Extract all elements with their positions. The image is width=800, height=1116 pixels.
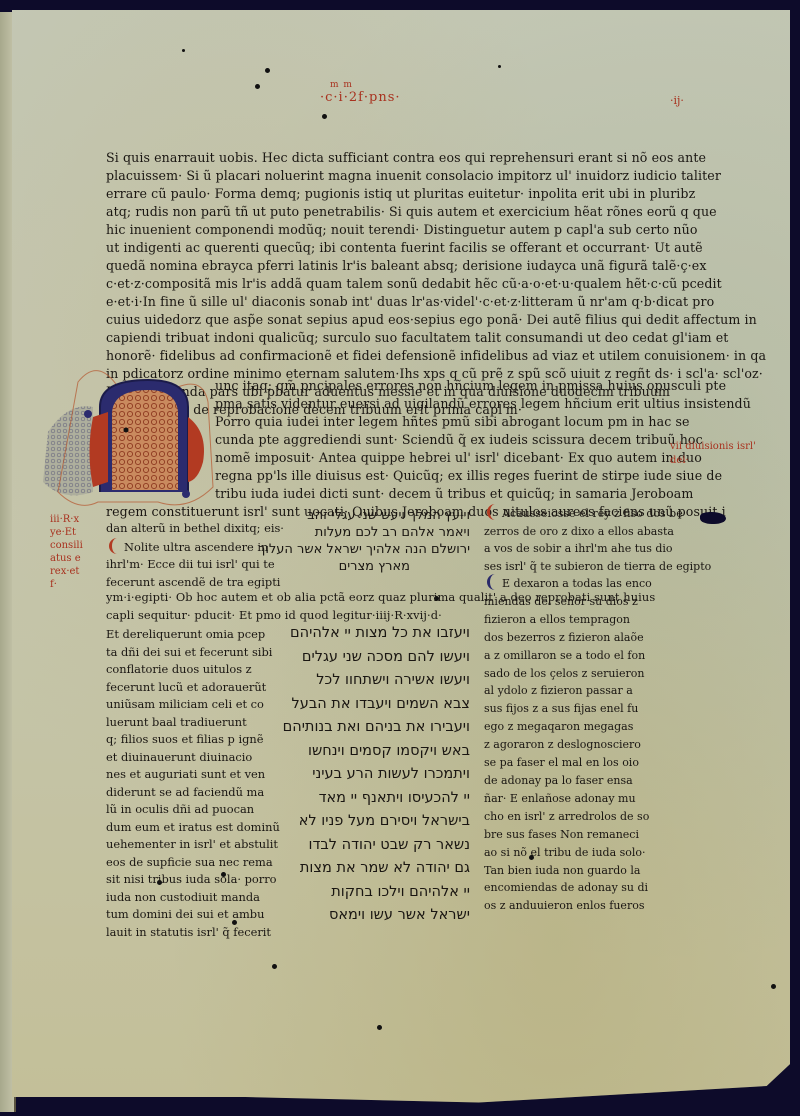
- text-line-spanning: capli sequitur· pducit· Et pmo id quod l…: [106, 608, 442, 622]
- text-line: placuissem· Si ũ placari noluerint magna…: [106, 168, 721, 183]
- text-line: conflatorie duos uitulos z: [106, 661, 280, 679]
- folio-number: ·ij·: [670, 94, 684, 107]
- text-line: sado de los çelos z seruieron: [484, 665, 652, 683]
- text-line: lũ in oculis dñi ad puocan: [106, 801, 280, 819]
- text-line: eos de supficie sua nec rema: [106, 854, 280, 872]
- left-marginal-note: iii·R·x ye·Et consili atus e rex·et f·: [50, 513, 83, 591]
- prick-mark: [377, 1025, 382, 1030]
- text-line: ego z megaqaron megagas: [484, 718, 652, 736]
- text-line: dan alterũ in bethel dixitq; eis·: [106, 520, 284, 538]
- text-line: lauit in statutis isrl' q̃ fecerit: [106, 924, 280, 942]
- latin-column-lower: Et dereliquerunt omia pcep ta dñi dei su…: [106, 626, 280, 941]
- text-line: Acausseiosse el rey z fiso dos be: [484, 504, 711, 523]
- text-line: Tan bien iuda non guardo la: [484, 862, 652, 880]
- text-line: hic inuenient componendi modũq; nouit te…: [106, 222, 698, 237]
- hebrew-line: ויאמר אלהם רב לכם מעלות: [258, 524, 470, 541]
- hebrew-line: יי להכעיסו ויתאנף יי מאד: [283, 787, 470, 811]
- prick-mark: [498, 65, 501, 68]
- text-line: encomiendas de adonay su di: [484, 879, 652, 897]
- text-line: unc itaq; qm̃ pncipales errores non hñci…: [215, 378, 726, 393]
- text-line: zerros de oro z dixo a ellos abasta: [484, 523, 711, 541]
- prick-mark: [272, 964, 277, 969]
- text-line: ta dñi dei sui et fecerunt sibi: [106, 644, 280, 662]
- latin-column: dan alterũ in bethel dixitq; eis· Nolite…: [106, 520, 284, 591]
- castilian-column-top: Acausseiosse el rey z fiso dos be zerros…: [484, 504, 711, 575]
- text-line: Si quis enarrauit uobis. Hec dicta suffi…: [106, 150, 706, 165]
- text-line: quedã nomina ebrayca pferri latinis lr'i…: [106, 258, 707, 273]
- text-line: q; filios suos et filias p ignẽ: [106, 731, 280, 749]
- text-line: regna pp'ls ille diuisus est· Quicũq; ex…: [215, 468, 722, 483]
- text-line: cuius uidedorz que asp̃e sonat sepius ap…: [106, 312, 757, 327]
- text-line: ñar· E enlañose adonay mu: [484, 790, 652, 808]
- text-line: luerunt baal tradiuerunt: [106, 714, 280, 732]
- text-line: ut indigenti ac querenti quecũq; ibi con…: [106, 240, 703, 255]
- text-line: de adonay pa lo faser ensa: [484, 772, 652, 790]
- hebrew-line: צבא השמים ויעבדו את הבעל: [283, 693, 470, 717]
- text-line: ses isrl' q̃ te subieron de tierra de eg…: [484, 558, 711, 576]
- marginal-line: ye·Et: [50, 526, 83, 539]
- marginal-line: consili: [50, 539, 83, 552]
- text-line: miendas del señor su dios z: [484, 593, 652, 611]
- text-line: se pa faser el mal en los oio: [484, 754, 652, 772]
- text-line: tribu iuda iudei dicti sunt· decem ũ tri…: [215, 486, 693, 501]
- running-title: ·c·i·2f·pns·: [320, 90, 401, 105]
- hebrew-line: בישראל ויסירם מעל פניו לא: [283, 810, 470, 834]
- text-line: cho en isrl' z arredrolos de so: [484, 808, 652, 826]
- text-line: dum eum et iratus est dominũ: [106, 819, 280, 837]
- text-line: Et dereliquerunt omia pcep: [106, 626, 280, 644]
- hebrew-line: ישראל אשר עשו וימאס: [283, 904, 470, 928]
- pilcrow-icon: [487, 574, 499, 590]
- text-line: Porro quia iudei inter legem hñtes pmũ s…: [215, 414, 690, 429]
- text-line: uehementer in isrl' et abstulit: [106, 836, 280, 854]
- text-line: fecerunt ascendẽ de tra egipti: [106, 574, 284, 592]
- text-line: os z anduuieron enlos fueros: [484, 897, 652, 915]
- hebrew-line: נשאר רק שבט יהודה לבדו: [283, 834, 470, 858]
- pilcrow-icon: [109, 538, 121, 554]
- right-marginal-note: vii diuisionis isrl' dei·: [670, 440, 756, 468]
- text-line: diderunt se ad faciendũ ma: [106, 784, 280, 802]
- marginal-line: iii·R·x: [50, 513, 83, 526]
- hebrew-line: ויעבירו את בניהם ואת בנותיהם: [283, 716, 470, 740]
- text-line: fizieron a ellos tempragon: [484, 611, 652, 629]
- text-line: Nolite ultra ascendere in: [106, 538, 284, 557]
- prick-mark: [255, 84, 260, 89]
- hebrew-line: גם יהודה לא שמר את מצות: [283, 857, 470, 881]
- text-line: sus fijos z a sus fijas enel fu: [484, 700, 652, 718]
- text-line: z agoraron z deslognosciero: [484, 736, 652, 754]
- text-line: al ydolo z fizieron passar a: [484, 682, 652, 700]
- text-line: fecerunt lucũ et adorauerũt: [106, 679, 280, 697]
- text-line: nes et auguriati sunt et ven: [106, 766, 280, 784]
- text-line: e·et·i·In fine ũ sille ul' diaconis sona…: [106, 294, 714, 309]
- hebrew-line: ויעשו להם מסכה שני עגלים: [283, 646, 470, 670]
- text-line: sit nisi tribus iuda sola· porro: [106, 871, 280, 889]
- hebrew-line: מארץ מצרים: [258, 558, 410, 575]
- hebrew-line: ויעשו אשירה וישתחוו לכל: [283, 669, 470, 693]
- text-line: a z omillaron se a todo el fon: [484, 647, 652, 665]
- hebrew-line: באש ויקסמו קסמים וינחשו: [283, 740, 470, 764]
- marginal-line: atus e: [50, 552, 83, 565]
- text-line: honorẽ· fidelibus ad confirmacionẽ et fi…: [106, 348, 766, 363]
- marginal-line: rex·et: [50, 565, 83, 578]
- hebrew-line: יי אלהיהם וילכו בחקות: [283, 881, 470, 905]
- text-line: ao si nõ el tribu de iuda solo·: [484, 844, 652, 862]
- text-line: c·et·z·compositã mis lr'is addã quam tal…: [106, 276, 722, 291]
- text-line: ihrl'm· Ecce dii tui isrl' qui te: [106, 556, 284, 574]
- marginal-line: f·: [50, 578, 83, 591]
- marginal-line: vii diuisionis isrl': [670, 440, 756, 454]
- hebrew-line: ירושלם הנה אלהיך ישראל אשר העלוך: [258, 541, 470, 558]
- illuminated-initial: [38, 362, 218, 522]
- marginal-line: dei·: [670, 454, 756, 468]
- prick-mark: [771, 984, 776, 989]
- text-line: E dexaron a todas las enco: [484, 574, 652, 593]
- pilcrow-icon: [487, 504, 499, 520]
- text-line: bre sus fases Non remaneci: [484, 826, 652, 844]
- text-line: pma satis videntur euersi ad uigilandũ e…: [215, 396, 751, 411]
- hebrew-line: ויועץ המלך ויעש שני עגלי זהב: [258, 507, 470, 524]
- text-line: dos bezerros z fizieron alaõe: [484, 629, 652, 647]
- text-line: cunda pte aggrediendi sunt· Sciendũ q̃ e…: [215, 432, 703, 447]
- header-superscript: m m: [330, 80, 353, 90]
- text-line: atq; rudis non parũ tñ ut puto penetrabi…: [106, 204, 717, 219]
- prick-mark: [322, 114, 327, 119]
- initial-n-icon: [38, 362, 218, 522]
- text-line: errare cũ paulo· Forma demq; pugionis is…: [106, 186, 695, 201]
- hebrew-line: ויתמכרו לעשות הרע בעיני: [283, 763, 470, 787]
- hebrew-column-top: ויועץ המלך ויעש שני עגלי זהב ויאמר אלהם …: [258, 507, 470, 575]
- text-line: et diuinauerunt diuinacio: [106, 749, 280, 767]
- prick-mark: [265, 68, 270, 73]
- text-line: iuda non custodiuit manda: [106, 889, 280, 907]
- text-line: uniũsam miliciam celi et co: [106, 696, 280, 714]
- hebrew-line: ויעזבו את כל מצות יי אלהיהם: [283, 622, 470, 646]
- text-line: capiendi tribuat indoni qualicũq; surcul…: [106, 330, 728, 345]
- hebrew-column-bottom: ויעזבו את כל מצות יי אלהיהם ויעשו להם מס…: [283, 622, 470, 928]
- text-line: nomẽ imposuit· Antea quippe hebrei ul' i…: [215, 450, 702, 465]
- text-line: tum domini dei sui et ambu: [106, 906, 280, 924]
- prick-mark: [182, 49, 185, 52]
- text-line: a vos de sobir a ihrl'm ahe tus dio: [484, 540, 711, 558]
- running-header: m m ·c·i·2f·pns·: [320, 90, 401, 105]
- castilian-column-bottom: E dexaron a todas las enco miendas del s…: [484, 574, 652, 915]
